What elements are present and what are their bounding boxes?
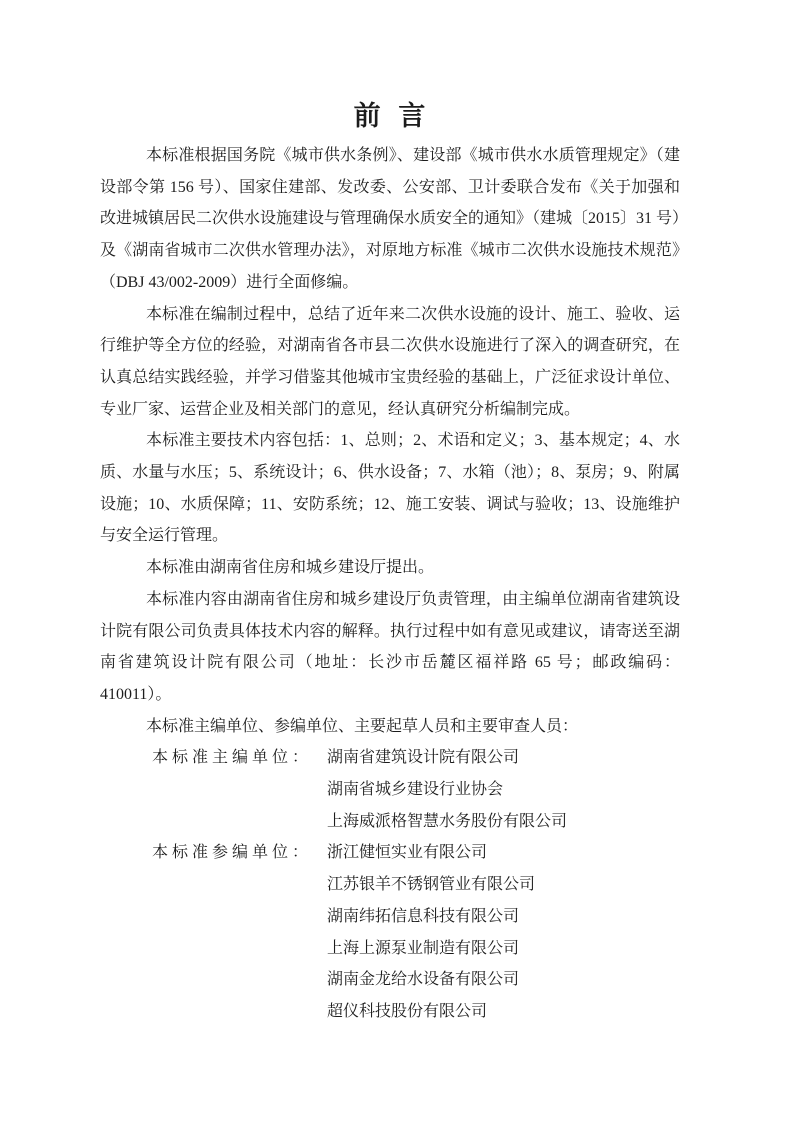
chief-editor-label: 本标准主编单位： [152,742,327,774]
participant-unit-name: 江苏银羊不锈钢管业有限公司 [327,869,535,901]
participant-unit-row: 超仪科技股份有限公司 [100,996,680,1028]
page-title: 前 言 [100,96,680,136]
participant-unit-name: 上海上源泵业制造有限公司 [327,933,519,965]
empty-label-spacer [152,964,327,996]
empty-label-spacer [152,901,327,933]
editor-units-section: 本标准主编单位： 湖南省建筑设计院有限公司 湖南省城乡建设行业协会 上海威派格智… [100,742,680,1027]
chief-unit-row: 本标准主编单位： 湖南省建筑设计院有限公司 [100,742,680,774]
chief-unit-row: 上海威派格智慧水务股份有限公司 [100,806,680,838]
paragraph-units-intro: 本标准主编单位、参编单位、主要起草人员和主要审查人员： [100,711,680,743]
participant-unit-name: 浙江健恒实业有限公司 [327,837,487,869]
empty-label-spacer [152,774,327,806]
chief-unit-name: 上海威派格智慧水务股份有限公司 [327,806,567,838]
participant-unit-row: 上海上源泵业制造有限公司 [100,933,680,965]
participant-editor-label: 本标准参编单位： [152,837,327,869]
empty-label-spacer [152,996,327,1028]
paragraph-contents: 本标准主要技术内容包括：1、总则；2、术语和定义；3、基本规定；4、水质、水量与… [100,425,680,552]
participant-unit-row: 湖南纬拓信息科技有限公司 [100,901,680,933]
empty-label-spacer [152,806,327,838]
participant-unit-row: 本标准参编单位： 浙江健恒实业有限公司 [100,837,680,869]
participant-unit-row: 湖南金龙给水设备有限公司 [100,964,680,996]
empty-label-spacer [152,933,327,965]
participant-unit-name: 超仪科技股份有限公司 [327,996,487,1028]
document-page: 前 言 本标准根据国务院《城市供水条例》、建设部《城市供水水质管理规定》（建设部… [0,0,793,1122]
paragraph-basis: 本标准根据国务院《城市供水条例》、建设部《城市供水水质管理规定》（建设部令第 1… [100,140,680,299]
participant-unit-row: 江苏银羊不锈钢管业有限公司 [100,869,680,901]
paragraph-process: 本标准在编制过程中，总结了近年来二次供水设施的设计、施工、验收、运行维护等全方位… [100,299,680,426]
chief-unit-name: 湖南省建筑设计院有限公司 [327,742,519,774]
empty-label-spacer [152,869,327,901]
participant-unit-name: 湖南金龙给水设备有限公司 [327,964,519,996]
chief-unit-name: 湖南省城乡建设行业协会 [327,774,503,806]
participant-unit-name: 湖南纬拓信息科技有限公司 [327,901,519,933]
paragraph-management: 本标准内容由湖南省住房和城乡建设厅负责管理，由主编单位湖南省建筑设计院有限公司负… [100,584,680,711]
paragraph-proposer: 本标准由湖南省住房和城乡建设厅提出。 [100,552,680,584]
chief-unit-row: 湖南省城乡建设行业协会 [100,774,680,806]
